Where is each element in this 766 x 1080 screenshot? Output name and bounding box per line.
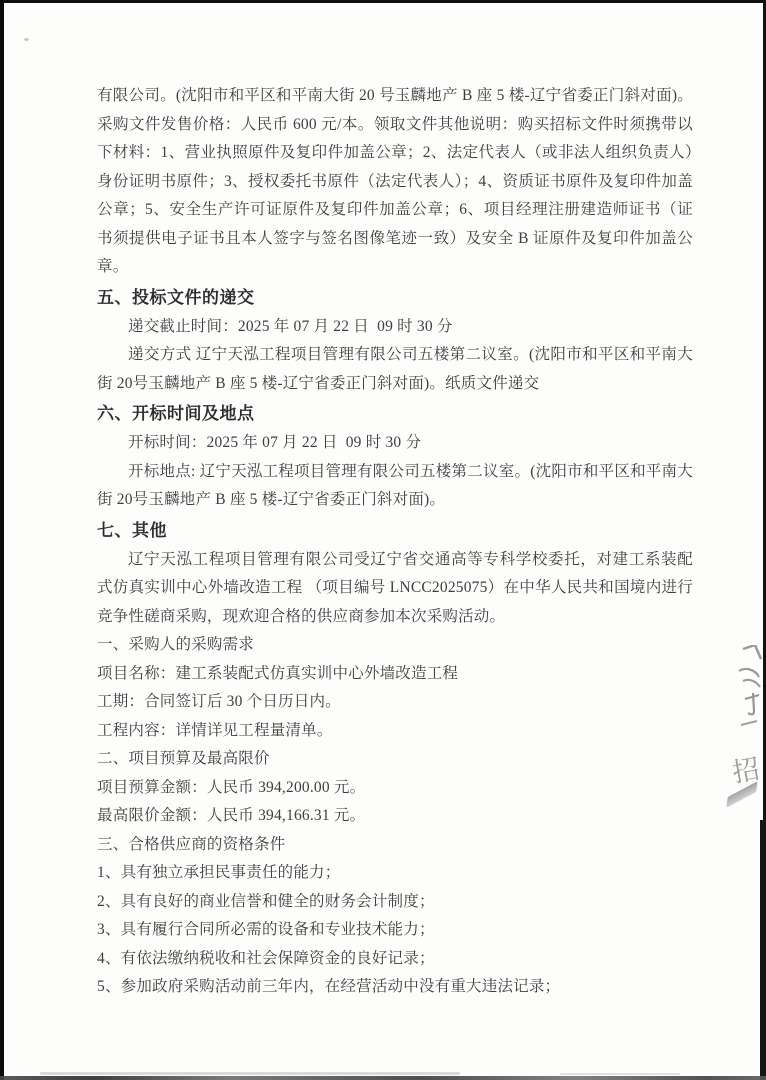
stamp-character: 招 (729, 747, 762, 790)
scan-smudge (560, 1073, 680, 1075)
stamp-fragment: 招 (725, 645, 763, 810)
scanned-document-page: 有限公司。(沈阳市和平区和平南大街 20 号玉麟地产 B 座 5 楼-辽宁省委正… (0, 0, 766, 1080)
paragraph: 工程内容：详情详见工程量清单。 (97, 717, 693, 746)
paragraph: 项目名称：建工系装配式仿真实训中心外墙改造工程 (97, 660, 693, 689)
paragraph: 4、有依法缴纳税收和社会保障资金的良好记录； (97, 945, 693, 974)
paragraph: 最高限价金额：人民币 394,166.31 元。 (97, 802, 693, 831)
paragraph: 有限公司。(沈阳市和平区和平南大街 20 号玉麟地产 B 座 5 楼-辽宁省委正… (97, 82, 693, 282)
paragraph: 开标地点: 辽宁天泓工程项目管理有限公司五楼第二议室。(沈阳市和平区和平南大街 … (97, 458, 693, 515)
scan-edge-left (0, 0, 4, 1080)
paragraph: 3、具有履行合同所必需的设备和专业技术能力； (97, 916, 693, 945)
document-body: 有限公司。(沈阳市和平区和平南大街 20 号玉麟地产 B 座 5 楼-辽宁省委正… (97, 82, 693, 1002)
section-heading: 六、开标时间及地点 (97, 399, 693, 429)
section-heading: 五、投标文件的递交 (97, 283, 693, 313)
scan-edge-bottom (0, 1076, 766, 1080)
stamp-strokes-icon (725, 645, 763, 745)
paragraph: 辽宁天泓工程项目管理有限公司受辽宁省交通高等专科学校委托，对建工系装配式仿真实训… (97, 546, 693, 632)
paragraph: 开标时间：2025 年 07 月 22 日 09 时 30 分 (97, 429, 693, 458)
paragraph: 递交方式 辽宁天泓工程项目管理有限公司五楼第二议室。(沈阳市和平区和平南大街 2… (97, 341, 693, 398)
paragraph: 5、参加政府采购活动前三年内，在经营活动中没有重大违法记录； (97, 973, 693, 1002)
paragraph: 一、采购人的采购需求 (97, 631, 693, 660)
scan-edge-right-bottom (760, 820, 766, 1080)
paragraph: 递交截止时间：2025 年 07 月 22 日 09 时 30 分 (97, 313, 693, 342)
paragraph: 1、具有独立承担民事责任的能力； (97, 859, 693, 888)
paragraph: 二、项目预算及最高限价 (97, 745, 693, 774)
paragraph: 2、具有良好的商业信誉和健全的财务会计制度； (97, 888, 693, 917)
scan-speck (24, 38, 29, 41)
paragraph: 项目预算金额：人民币 394,200.00 元。 (97, 774, 693, 803)
scan-smudge (40, 1072, 460, 1075)
scan-edge-top (0, 0, 766, 3)
stamp-swoosh (726, 781, 757, 808)
section-heading: 七、其他 (97, 516, 693, 546)
paragraph: 三、合格供应商的资格条件 (97, 831, 693, 860)
paragraph: 工期：合同签订后 30 个日历日内。 (97, 688, 693, 717)
